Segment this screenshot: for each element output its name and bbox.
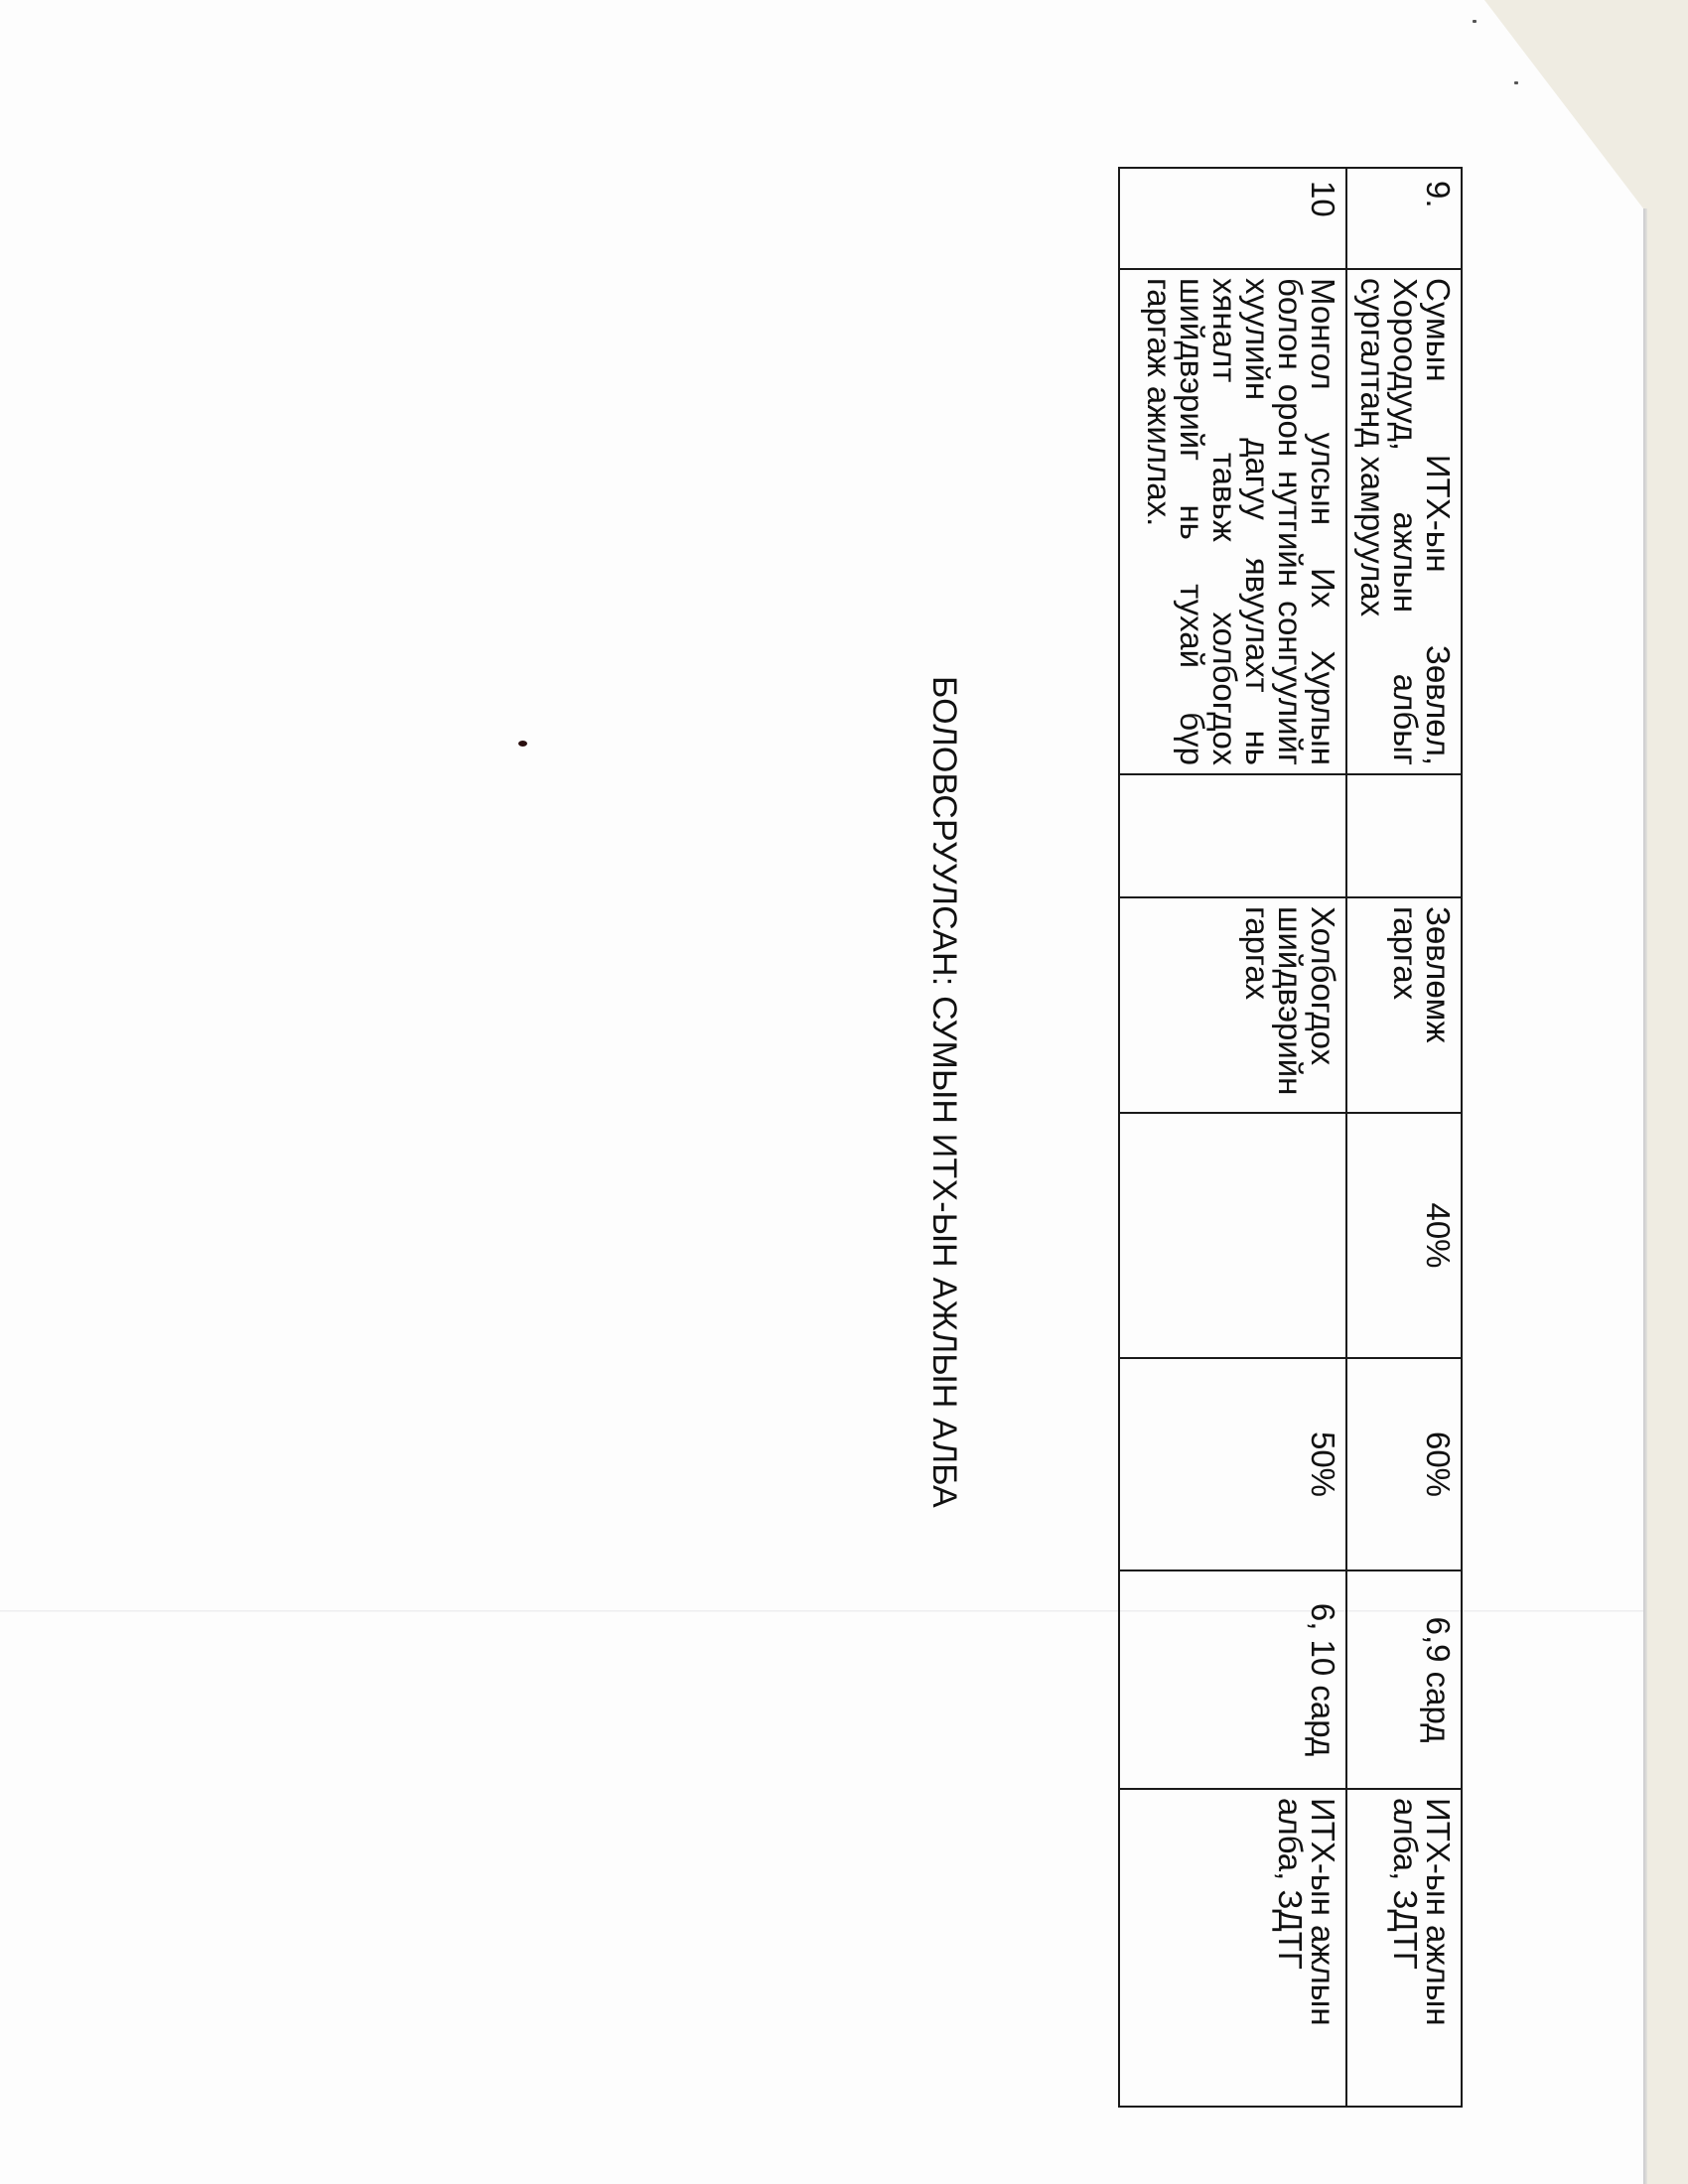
responsible-cell: ИТХ-ын ажлын алба, ЗДТГ	[1119, 1789, 1346, 2107]
progress-b-cell: 60%	[1346, 1358, 1462, 1570]
responsible-cell: ИТХ-ын ажлын алба, ЗДТГ	[1346, 1789, 1462, 2107]
result-cell: Холбогдох шийдвэрийн гаргах	[1119, 897, 1346, 1113]
row-number: 10	[1119, 168, 1346, 269]
progress-a-cell: 40%	[1346, 1113, 1462, 1358]
plan-table: 9. Сумын ИТХ-ын Зөвлөл, Хороодууд, ажлын…	[1118, 167, 1463, 2108]
task-cell: Сумын ИТХ-ын Зөвлөл, Хороодууд, ажлын ал…	[1346, 269, 1462, 774]
progress-a-cell	[1119, 1113, 1346, 1358]
task-cell: Монгол улсын Их Хурлын болон орон нутгий…	[1119, 269, 1346, 774]
row-number: 9.	[1346, 168, 1462, 269]
result-cell: Зөвлөмж гаргах	[1346, 897, 1462, 1113]
prepared-by-line: БОЛОВСРУУЛСАН: СУМЫН ИТХ-ЫН АЖЛЫН АЛБА	[924, 676, 963, 1470]
blank-cell	[1119, 774, 1346, 897]
table-row: 9. Сумын ИТХ-ын Зөвлөл, Хороодууд, ажлын…	[1346, 168, 1462, 2107]
time-cell: 6, 10 сард	[1119, 1570, 1346, 1789]
table-row: 10 Монгол улсын Их Хурлын болон орон нут…	[1119, 168, 1346, 2107]
blank-cell	[1346, 774, 1462, 897]
rotated-content: 9. Сумын ИТХ-ын Зөвлөл, Хороодууд, ажлын…	[0, 0, 1688, 2184]
progress-b-cell: 50%	[1119, 1358, 1346, 1570]
time-cell: 6,9 сард	[1346, 1570, 1462, 1789]
